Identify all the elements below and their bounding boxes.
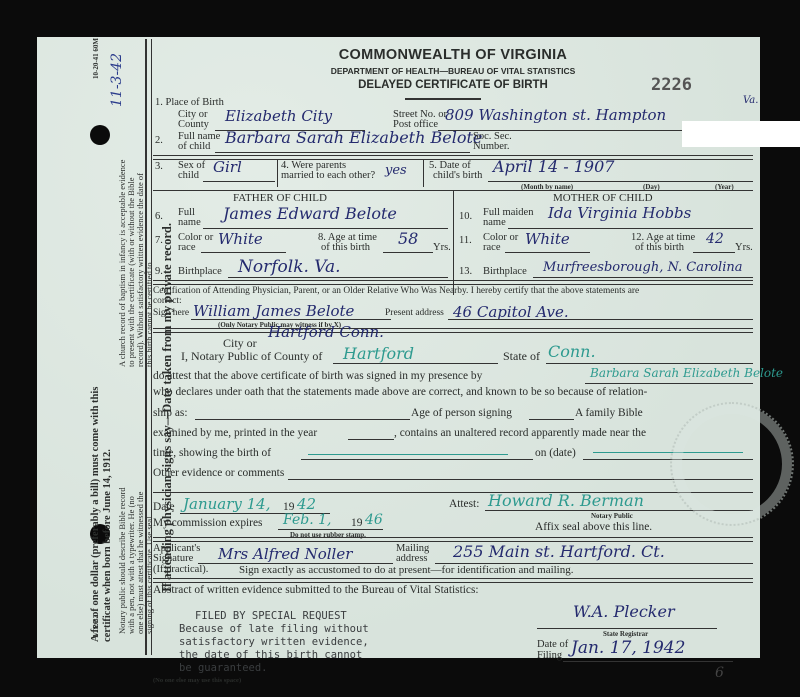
handwritten-note: 11-3-42: [109, 53, 125, 107]
divider: [277, 159, 278, 187]
mother-name-label-2: name: [483, 217, 506, 228]
father-age-unit: Yrs.: [433, 242, 451, 253]
section-divider: [153, 492, 753, 493]
relationship-underline: [195, 419, 410, 420]
form-code: 10-20-41 60M: [92, 38, 100, 79]
year-underline: [348, 439, 394, 440]
street-value: 809 Washington st. Hampton: [445, 106, 666, 124]
certification-text: Certification of Attending Physician, Pa…: [153, 286, 639, 296]
sidebar-divider: [145, 39, 152, 655]
present-address-city: Hartford Conn.: [268, 323, 384, 341]
attest-text: do attest that the above certificate of …: [153, 370, 482, 382]
stamp-line-1: FILED BY SPECIAL REQUEST: [195, 610, 347, 623]
mother-color-underline: [505, 252, 590, 253]
stamp-line-2: Because of late filing without: [179, 623, 369, 636]
applicant-label-2: Signature: [153, 553, 193, 564]
father-birthplace-value: Norfolk. Va.: [238, 257, 341, 277]
title-underline: [405, 98, 481, 100]
notary-state-label: State of: [503, 349, 540, 364]
section-divider: [153, 328, 753, 333]
fee-notice-line1: A fee of one dollar (preferably a bill) …: [90, 387, 101, 642]
examined-label: examined by me, printed in the year: [153, 427, 317, 439]
notary-embossed-seal: [670, 402, 794, 526]
fee-notice-line2: certificate when born before June 14, 19…: [102, 449, 113, 642]
applicant-instructions: Sign exactly as accustomed to do at pres…: [239, 564, 574, 576]
attest-underline: [585, 383, 753, 384]
mother-heading: MOTHER OF CHILD: [553, 193, 653, 204]
father-birthplace-underline: [228, 277, 448, 278]
registrar-signature: W.A. Plecker: [573, 602, 675, 621]
father-name-label-2: name: [178, 217, 201, 228]
date-label: Date: [153, 501, 175, 513]
ssn-label-2: Number.: [473, 141, 509, 152]
father-age-value: 58: [398, 229, 418, 248]
filing-label-2: Filing: [537, 650, 562, 661]
father-name-number: 6.: [155, 211, 163, 222]
commission-value: Feb. 1,: [283, 512, 331, 528]
filing-date-value: Jan. 17, 1942: [571, 638, 685, 658]
commission-underline: [278, 529, 383, 530]
relationship-label: ship as:: [153, 407, 188, 419]
divider: [423, 159, 424, 187]
mother-age-underline: [693, 252, 735, 253]
father-birthplace-number: 9.: [155, 266, 163, 277]
mother-name-value: Ida Virginia Hobbs: [548, 204, 691, 222]
name-underline: [215, 152, 470, 153]
sex-number: 3.: [155, 161, 163, 172]
mother-birthplace-label: Birthplace: [483, 266, 527, 277]
stamp-line-5: be guaranteed.: [179, 662, 268, 675]
birth-date-value: April 14 - 1907: [493, 157, 614, 176]
sidebar-instructions: 10-20-41 60M 11-3-42 A fee of one dollar…: [37, 37, 145, 658]
space-note: (No one else may use this space): [153, 677, 241, 684]
state-value: Va.: [743, 95, 758, 106]
mother-age-value: 42: [706, 231, 724, 247]
state-underline: [546, 363, 753, 364]
affix-seal-note: Affix seal above this line.: [535, 521, 652, 533]
applicant-label-3: (If practical).: [153, 564, 208, 575]
section-divider: [153, 280, 753, 285]
declares-text: who declares under oath that the stateme…: [153, 386, 647, 398]
sign-underline: [191, 319, 391, 320]
mailing-label-2: address: [396, 553, 428, 564]
county-underline: [333, 363, 498, 364]
birth-certificate: 10-20-41 60M 11-3-42 A fee of one dollar…: [37, 37, 760, 658]
present-address-label: Present address: [385, 308, 444, 319]
teal-strike-line: [308, 454, 508, 455]
contains-label: , contains an unaltered record apparentl…: [394, 427, 646, 439]
certifier-signature: William James Belote: [193, 302, 354, 320]
time-showing-label: time, showing the birth of: [153, 447, 271, 459]
registrar-label: State Registrar: [603, 630, 648, 638]
father-age-label-2: of this birth: [321, 242, 370, 253]
mother-age-label-2: of this birth: [635, 242, 684, 253]
mother-color-number: 11.: [459, 235, 472, 246]
father-color-number: 7.: [155, 235, 163, 246]
section-divider: [153, 578, 753, 583]
father-birthplace-label: Birthplace: [178, 266, 222, 277]
state-title: COMMONWEALTH OF VIRGINIA: [153, 47, 753, 63]
punch-hole-top: [90, 125, 110, 145]
date-year-value: 42: [297, 495, 316, 513]
city-value: Elizabeth City: [225, 107, 332, 125]
mailing-address-value: 255 Main st. Hartford. Ct.: [453, 542, 665, 561]
age-signing-label: Age of person signing: [411, 407, 512, 419]
on-date-label: on (date): [535, 447, 576, 459]
registrar-underline: [537, 628, 717, 629]
certificate-form: COMMONWEALTH OF VIRGINIA DEPARTMENT OF H…: [153, 37, 753, 658]
address-underline: [448, 319, 753, 320]
mother-color-value: White: [525, 230, 570, 248]
commission-year-prefix: 19: [351, 517, 362, 529]
mother-name-number: 10.: [459, 211, 472, 222]
page-mark: 6: [715, 665, 724, 681]
notary-county-label: I, Notary Public of County of: [181, 349, 322, 364]
attest-label: Attest:: [449, 498, 479, 510]
mother-name-underline: [508, 228, 753, 229]
date-value: January 14,: [183, 495, 271, 513]
filing-label-1: Date of: [537, 639, 568, 650]
father-color-label-2: race: [178, 242, 195, 253]
ssn-redaction: [682, 121, 800, 147]
mother-age-unit: Yrs.: [735, 242, 753, 253]
commission-label: My commission expires: [153, 517, 262, 529]
father-heading: FATHER OF CHILD: [233, 193, 327, 204]
city-label-2: County: [178, 119, 209, 130]
abstract-label: Abstract of written evidence submitted t…: [153, 584, 479, 596]
sex-value: Girl: [213, 158, 242, 176]
stamp-line-3: satisfactory written evidence,: [179, 636, 369, 649]
child-name-value: Barbara Sarah Elizabeth Belote: [225, 128, 482, 147]
sign-here-label: Sign here: [153, 308, 189, 319]
stamp-line-4: the date of this birth cannot: [179, 649, 362, 662]
birth-date-underline: [488, 181, 753, 182]
sex-underline: [203, 181, 275, 182]
notary-county-value: Hartford: [343, 344, 414, 363]
full-name-number: 2.: [155, 135, 163, 146]
father-color-underline: [201, 252, 286, 253]
father-age-underline: [383, 252, 433, 253]
married-label-2: married to each other?: [281, 170, 375, 181]
notary-signature: Howard R. Berman: [488, 491, 644, 510]
notary-state-value: Conn.: [548, 342, 596, 361]
mother-color-label-2: race: [483, 242, 500, 253]
applicant-signature: Mrs Alfred Noller: [218, 545, 352, 563]
attest-name-value: Barbara Sarah Elizabeth Belote: [590, 366, 783, 380]
birth-date-label-2: child's birth: [433, 170, 482, 181]
certification-correct: correct:: [153, 296, 182, 306]
age-signing-underline: [529, 419, 574, 420]
certificate-number: 2226: [651, 75, 692, 95]
mother-birthplace-value: Murfreesborough, N. Carolina: [543, 260, 743, 275]
sex-label-2: child: [178, 170, 199, 181]
birth-of-underline: [301, 459, 533, 460]
father-name-value: James Edward Belote: [223, 204, 397, 223]
notary-public-label: Notary Public: [591, 512, 633, 520]
mother-birthplace-number: 13.: [459, 266, 472, 277]
father-color-value: White: [218, 230, 263, 248]
full-name-label-2: of child: [178, 141, 210, 152]
form-id: V. S. 82: [92, 615, 100, 637]
mother-birthplace-underline: [533, 277, 753, 278]
other-evidence-label: Other evidence or comments: [153, 467, 284, 479]
married-value: yes: [385, 163, 407, 178]
commission-year-value: 46: [365, 512, 383, 528]
family-bible-label: A family Bible: [575, 407, 643, 419]
filing-underline: [563, 661, 733, 662]
place-of-birth-label: 1. Place of Birth: [155, 97, 224, 108]
